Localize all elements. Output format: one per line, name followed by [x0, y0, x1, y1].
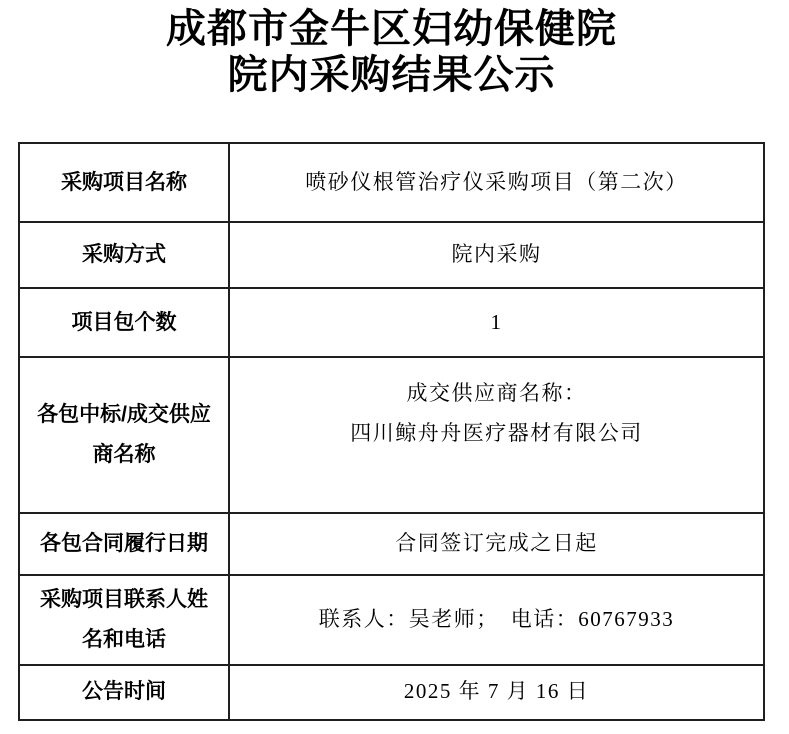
row-value: 联系人：吴老师； 电话：60767933	[229, 575, 764, 665]
table-row-procurement-method: 采购方式 院内采购	[19, 222, 764, 288]
table-row-package-count: 项目包个数 1	[19, 288, 764, 357]
row-label: 采购项目名称	[19, 143, 229, 222]
row-value: 成交供应商名称： 四川鲸舟舟医疗器材有限公司	[229, 357, 764, 513]
row-label: 公告时间	[19, 665, 229, 720]
row-label: 项目包个数	[19, 288, 229, 357]
row-label: 各包合同履行日期	[19, 513, 229, 575]
table-row-project-name: 采购项目名称 喷砂仪根管治疗仪采购项目（第二次）	[19, 143, 764, 222]
row-value: 喷砂仪根管治疗仪采购项目（第二次）	[229, 143, 764, 222]
row-value: 院内采购	[229, 222, 764, 288]
page-title: 成都市金牛区妇幼保健院 院内采购结果公示	[18, 0, 765, 98]
table-row-winning-supplier: 各包中标/成交供应商名称 成交供应商名称： 四川鲸舟舟医疗器材有限公司	[19, 357, 764, 513]
row-label: 采购项目联系人姓名和电话	[19, 575, 229, 665]
procurement-result-table: 采购项目名称 喷砂仪根管治疗仪采购项目（第二次） 采购方式 院内采购 项目包个数…	[18, 142, 765, 721]
row-value: 1	[229, 288, 764, 357]
page-title-line-2: 院内采购结果公示	[18, 52, 765, 98]
row-value: 2025 年 7 月 16 日	[229, 665, 764, 720]
row-label: 采购方式	[19, 222, 229, 288]
page-title-line-1: 成都市金牛区妇幼保健院	[18, 6, 765, 52]
table-row-announcement-date: 公告时间 2025 年 7 月 16 日	[19, 665, 764, 720]
row-value: 合同签订完成之日起	[229, 513, 764, 575]
announcement-page: 成都市金牛区妇幼保健院 院内采购结果公示 采购项目名称 喷砂仪根管治疗仪采购项目…	[18, 0, 765, 721]
row-label: 各包中标/成交供应商名称	[19, 357, 229, 513]
table-row-contact-info: 采购项目联系人姓名和电话 联系人：吴老师； 电话：60767933	[19, 575, 764, 665]
table-row-contract-date: 各包合同履行日期 合同签订完成之日起	[19, 513, 764, 575]
